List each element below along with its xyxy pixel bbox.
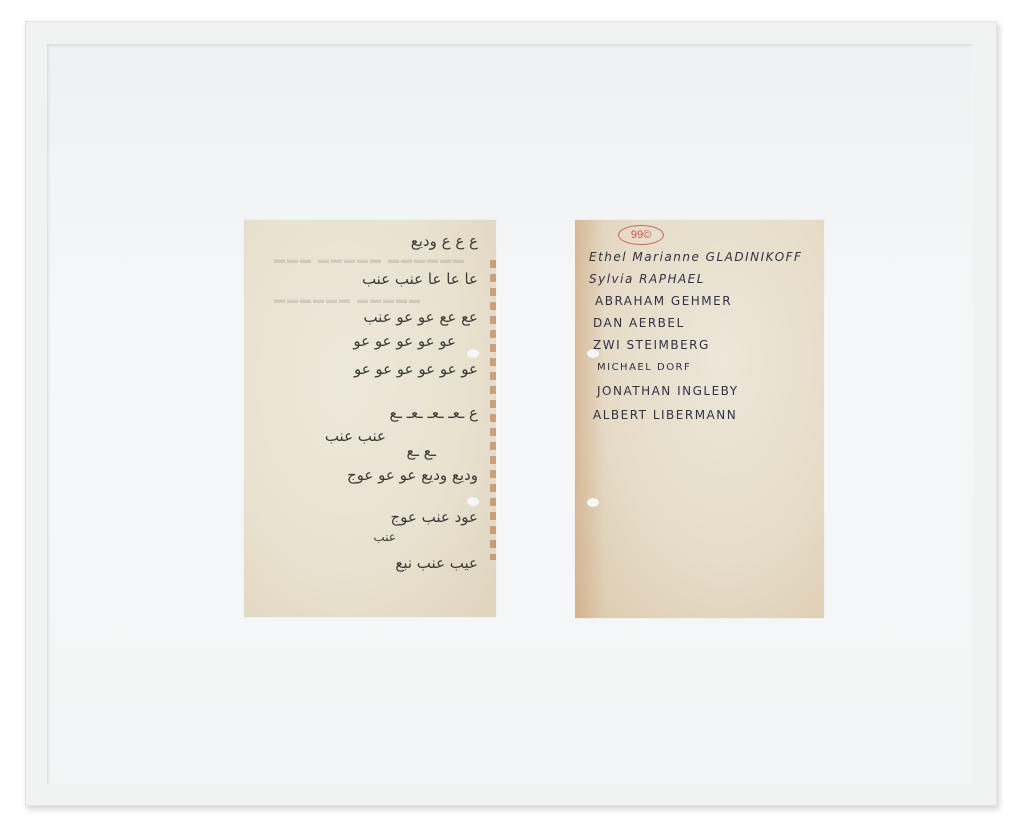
- arabic-line-4: عو عو عو عو عو: [353, 332, 456, 350]
- arabic-line-7: عنب عنب: [325, 427, 386, 445]
- name-line-5: ZWI STEIMBERG: [593, 338, 710, 352]
- punch-hole: [587, 349, 599, 358]
- name-line-7: JONATHAN INGLEBY: [597, 384, 739, 398]
- bleed-through-text: ▬▬▬ ▬▬▬▬▬ ▬▬▬▬▬▬: [274, 254, 466, 266]
- name-line-1: Ethel Marianne GLADINIKOFF: [589, 250, 802, 264]
- name-line-3: ABRAHAM GEHMER: [595, 294, 732, 308]
- arabic-line-10: عود عنب عوج: [390, 508, 478, 526]
- arabic-handwriting-sheet: ▬▬▬ ▬▬▬▬▬ ▬▬▬▬▬▬ ▬▬▬▬▬▬ ▬▬▬▬▬ ع ع ع ودیع…: [244, 220, 496, 617]
- arabic-line-2: عا عا عا عنب عنب: [362, 270, 478, 288]
- arabic-line-11: عنب: [373, 530, 396, 544]
- arabic-line-9: ودیع ودیع عو عو عوج: [347, 466, 478, 484]
- name-line-8: ALBERT LIBERMANN: [593, 408, 737, 422]
- arabic-line-12: عيب عنب نبع: [395, 554, 478, 572]
- mat-board: ▬▬▬ ▬▬▬▬▬ ▬▬▬▬▬▬ ▬▬▬▬▬▬ ▬▬▬▬▬ ع ع ع ودیع…: [47, 44, 973, 784]
- name-line-6: MICHAEL DORF: [597, 362, 691, 373]
- arabic-line-6: ع ـعـ ـعـ ـعـ ـع: [390, 404, 478, 422]
- bleed-through-text: ▬▬▬▬▬▬ ▬▬▬▬▬: [274, 294, 422, 306]
- arabic-line-3: عع عع عو عو عنب: [363, 308, 478, 326]
- arabic-line-1: ع ع ع ودیع: [411, 232, 478, 250]
- name-line-4: DAN AERBEL: [593, 316, 685, 330]
- name-line-2: Sylvia RAPHAEL: [589, 272, 705, 286]
- punch-hole: [467, 349, 479, 358]
- picture-frame: ▬▬▬ ▬▬▬▬▬ ▬▬▬▬▬▬ ▬▬▬▬▬▬ ▬▬▬▬▬ ع ع ع ودیع…: [25, 21, 997, 806]
- punch-hole: [467, 497, 479, 506]
- names-list-sheet: 99© Ethel Marianne GLADINIKOFF Sylvia RA…: [575, 220, 824, 618]
- red-circled-annotation: 99©: [618, 225, 664, 245]
- arabic-line-8: ـع ـع: [406, 442, 436, 460]
- punch-hole: [587, 498, 599, 507]
- arabic-line-5: عو عو عو عو عو عو: [354, 360, 478, 378]
